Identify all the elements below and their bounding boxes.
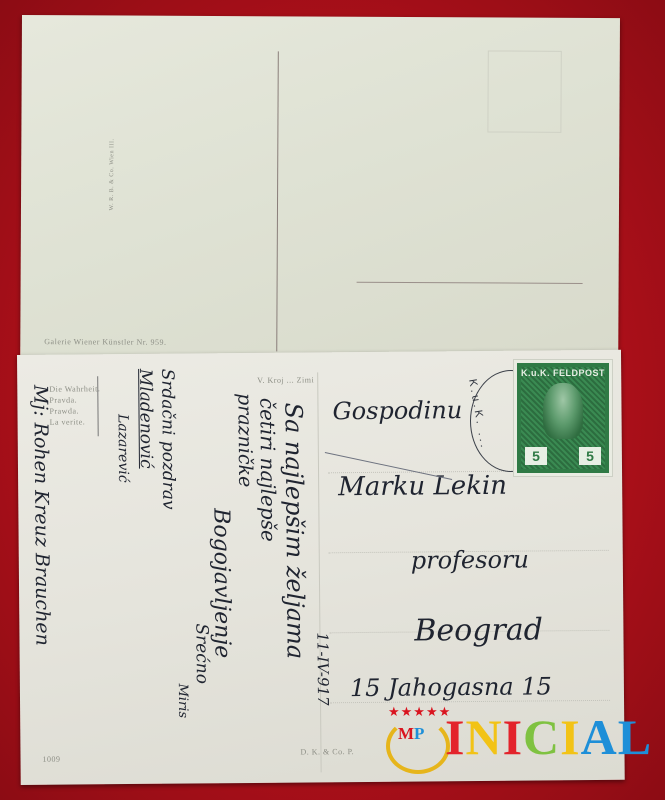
handwriting-left-0: Mj: Rohen Kreuz Brauchen <box>29 385 53 646</box>
stamp-value-right: 5 <box>579 447 601 465</box>
divider-vertical <box>276 51 279 351</box>
address-street: 15 Jahogasna 15 <box>350 672 552 702</box>
card-number: 1009 <box>42 755 60 764</box>
brand-letter: I <box>503 709 523 765</box>
caption-3: La verite. <box>50 417 86 426</box>
address-salutation: Gospodinu <box>332 396 462 425</box>
handwriting-message-5: Miris <box>175 684 190 719</box>
caption-2: Prawda. <box>49 406 79 415</box>
divider-vertical <box>317 372 321 772</box>
brand-letter: A <box>581 709 618 765</box>
handwriting-left-1: Srdačni pozdrav <box>157 369 178 510</box>
stamp-value-left: 5 <box>525 447 547 465</box>
handwriting-left-2: Mladenović <box>135 369 156 469</box>
emperor-portrait-icon <box>543 383 583 439</box>
caption-1: Pravda. <box>49 395 77 404</box>
handwriting-left-3: Lazarević <box>115 414 132 483</box>
imprint-bottom: Galerie Wiener Künstler Nr. 959. <box>44 337 166 347</box>
postcard-top: W. R. B. & Co. Wien III. Galerie Wiener … <box>20 15 620 363</box>
brand-letter: N <box>465 709 502 765</box>
handwriting-message-2: prazničke <box>233 393 256 487</box>
emblem-letter-m: M <box>398 724 414 743</box>
brand-wordmark: INICIAL <box>445 708 652 766</box>
stamp-placeholder-box <box>487 50 561 132</box>
brand-letter: L <box>618 709 652 765</box>
handwriting-message-0: Sa najlepšim željama <box>279 402 309 659</box>
address-line <box>357 282 583 284</box>
handwriting-message-4: Srećno <box>191 623 212 684</box>
imprint-vertical: W. R. B. & Co. Wien III. <box>109 139 115 211</box>
publisher-imprint: D. K. & Co. P. <box>300 747 354 756</box>
emblem: ★★★★★ MP <box>380 704 444 768</box>
emblem-letter-p: P <box>414 724 424 743</box>
brand-letter: C <box>523 709 560 765</box>
emblem-text: MP <box>398 724 424 744</box>
watermark-logo: ★★★★★ MP INICIAL <box>375 700 665 780</box>
caption-0: Die Wahrheit. <box>49 384 100 393</box>
brand-letter: I <box>445 709 465 765</box>
handwriting-date: 11-IV-917 <box>313 632 332 705</box>
handwriting-message-1: četiri najlepše <box>255 398 280 542</box>
address-title: profesoru <box>411 546 529 575</box>
handwriting-message-3: Bogojavljenje <box>208 508 234 658</box>
feldpost-stamp: K.u.K. FELDPOST 5 5 <box>514 360 612 476</box>
address-city: Beograd <box>414 612 543 648</box>
stamp-title: K.u.K. FELDPOST <box>517 368 609 378</box>
brand-letter: I <box>560 709 580 765</box>
printed-title: V. Kroj ... Zimi <box>257 375 314 384</box>
stars-icon: ★★★★★ <box>388 704 451 720</box>
